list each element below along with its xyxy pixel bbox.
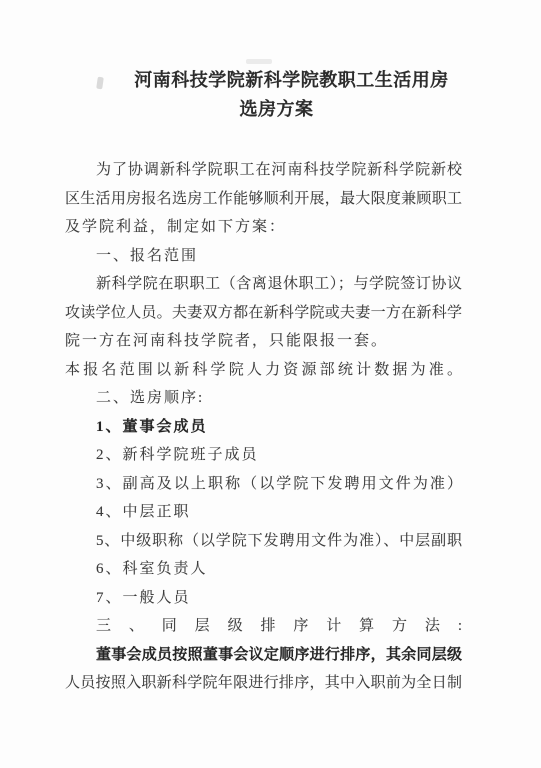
list-item: 2、新科学院班子成员 (65, 441, 462, 470)
text-line: 及学院利益，制定如下方案： (65, 213, 462, 242)
list-item: 6、科室负责人 (65, 555, 462, 584)
document-body: 为了协调新科学院职工在河南科技学院新科学院新校 区生活用房报名选房工作能够顺利开… (65, 156, 462, 698)
section-heading: 一、报名范围 (65, 242, 462, 271)
scanned-document-page: 河南科技学院新科学院教职工生活用房 选房方案 为了协调新科学院职工在河南科技学院… (0, 0, 541, 768)
text-line: 人员按照入职新科学院年限进行排序，其中入职前为全日制 (65, 669, 462, 698)
list-item: 1、董事会成员 (65, 413, 462, 442)
list-item: 7、一般人员 (65, 584, 462, 613)
document-title: 河南科技学院新科学院教职工生活用房 选房方案 (0, 66, 541, 124)
text-line: 院一方在河南科技学院者，只能限报一套。 (65, 327, 462, 356)
document-title-line2: 选房方案 (0, 95, 541, 124)
list-item: 4、中层正职 (65, 498, 462, 527)
scan-smudge-artifact (246, 59, 272, 64)
section-heading: 三、同层级排序计算方法: (65, 612, 462, 641)
text-line: 攻读学位人员。夫妻双方都在新科学院或夫妻一方在新科学 (65, 299, 462, 328)
text-line: 本报名范围以新科学院人力资源部统计数据为准。 (65, 356, 462, 385)
list-item: 3、副高及以上职称（以学院下发聘用文件为准） (65, 470, 462, 499)
document-title-line1: 河南科技学院新科学院教职工生活用房 (0, 66, 541, 95)
text-line: 新科学院在职职工（含离退休职工）；与学院签订协议 (65, 270, 462, 299)
list-item: 5、中级职称（以学院下发聘用文件为准）、中层副职 (65, 527, 462, 556)
text-line: 为了协调新科学院职工在河南科技学院新科学院新校 (65, 156, 462, 185)
section-heading: 二、选房顺序: (65, 384, 462, 413)
text-line: 董事会成员按照董事会议定顺序进行排序，其余同层级 (65, 641, 462, 670)
text-line: 区生活用房报名选房工作能够顺利开展，最大限度兼顾职工 (65, 185, 462, 214)
